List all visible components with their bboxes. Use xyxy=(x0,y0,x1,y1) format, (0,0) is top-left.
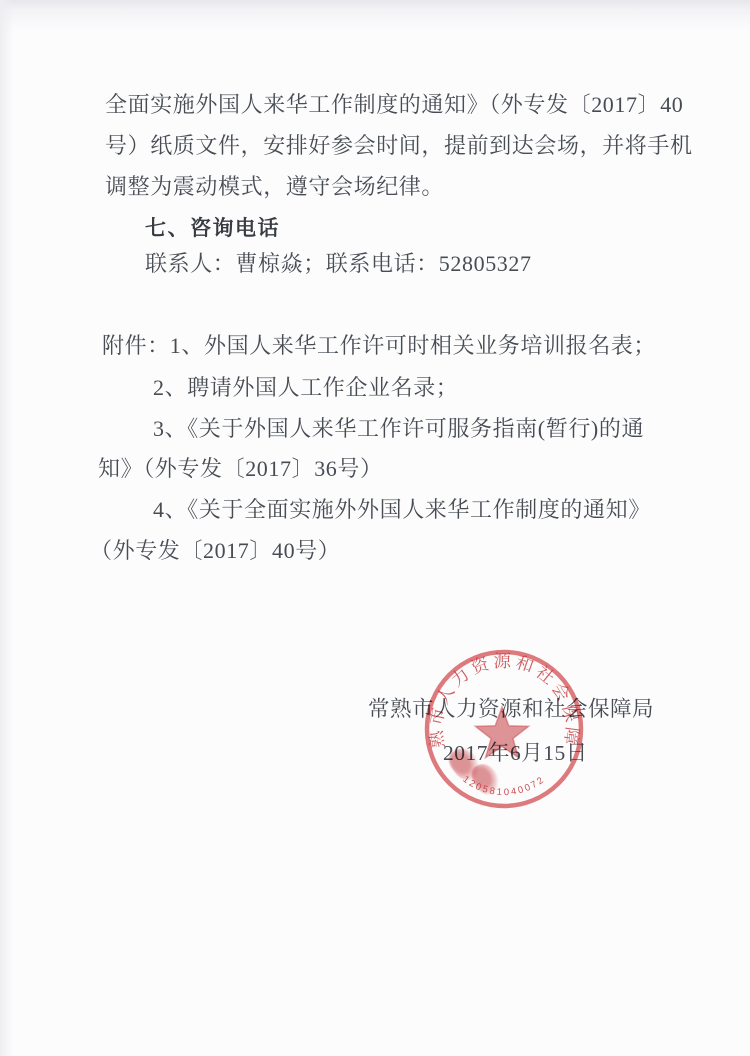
body-paragraph-line-3: 调整为震动模式，遵守会场纪律。 xyxy=(105,175,444,199)
attachment-line-4-continuation: （外专发〔2017〕40号） xyxy=(90,539,340,563)
scan-shadow-left xyxy=(0,0,14,1056)
attachment-line-3-continuation: 知》（外专发〔2017〕36号） xyxy=(98,457,383,481)
seal-graphic: 常熟市人力资源和社会保障局 120581040072 xyxy=(404,629,604,829)
attachment-line-1: 附件：1、外国人来华工作许可时相关业务培训报名表； xyxy=(102,334,656,358)
contact-info-line: 联系人：曹椋焱；联系电话：52805327 xyxy=(145,252,532,276)
attachment-line-2: 2、聘请外国人工作企业名录； xyxy=(153,376,458,400)
seal-star-icon xyxy=(475,707,528,758)
official-red-seal: 常熟市人力资源和社会保障局 120581040072 xyxy=(404,629,604,829)
attachment-line-3: 3、《关于外国人来华工作许可服务指南(暂行)的通 xyxy=(153,417,644,441)
body-paragraph-line-2: 号）纸质文件，安排好参会时间，提前到达会场，并将手机 xyxy=(105,134,693,158)
section-heading-consult-phone: 七、咨询电话 xyxy=(145,217,280,240)
attachment-line-4: 4、《关于全面实施外外国人来华工作制度的通知》 xyxy=(153,498,651,522)
body-paragraph-line-1: 全面实施外国人来华工作制度的通知》（外专发〔2017〕40 xyxy=(105,93,683,117)
scan-shadow-top xyxy=(0,0,750,34)
